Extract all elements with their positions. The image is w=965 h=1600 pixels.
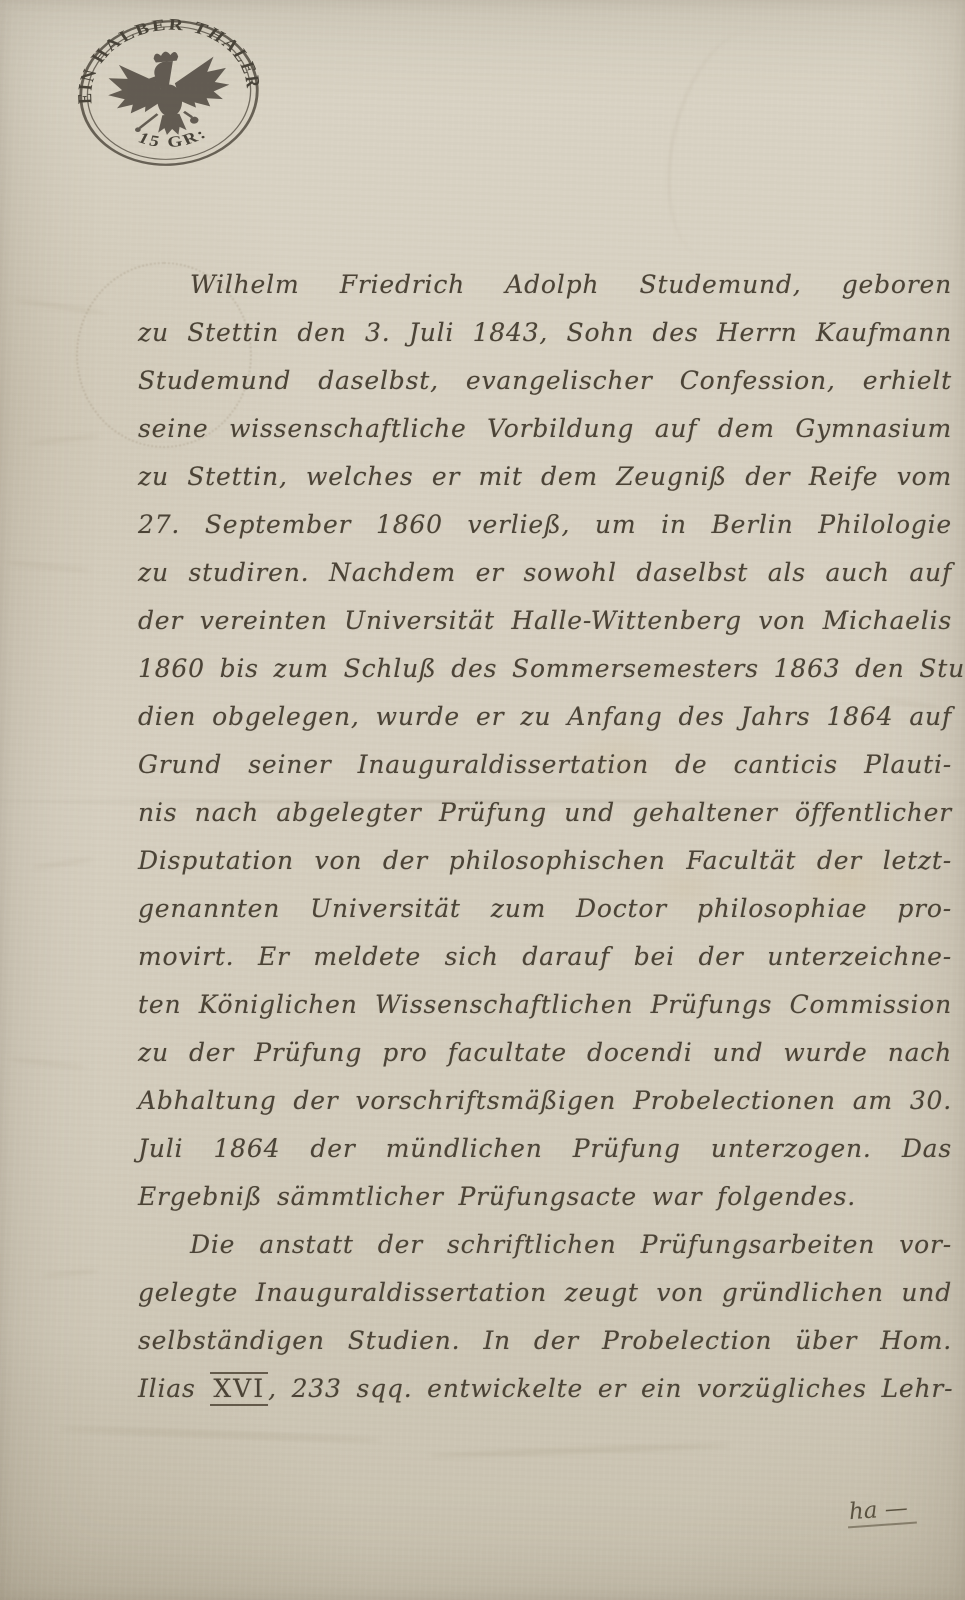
manuscript-line: zu studiren. Nachdem er sowohl daselbst … — [138, 549, 952, 597]
manuscript-line: Studemund daselbst, evangelischer Confes… — [138, 357, 952, 405]
line-text: Ilias — [138, 1374, 210, 1403]
line-text: , 233 sqq. entwickelte er ein vorzüglich… — [268, 1374, 953, 1403]
manuscript-line: ten Königlichen Wissenschaftlichen Prüfu… — [138, 981, 952, 1029]
manuscript-line: Wilhelm Friedrich Adolph Studemund, gebo… — [138, 261, 952, 309]
manuscript-line: 1860 bis zum Schluß des Sommersemesters … — [138, 645, 952, 693]
revenue-stamp: EIN HALBER THALER 15 GR: — [68, 8, 271, 178]
manuscript-line: Die anstatt der schriftlichen Prüfungsar… — [138, 1221, 952, 1269]
manuscript-line: Juli 1864 der mündlichen Prüfung unterzo… — [138, 1125, 952, 1173]
manuscript-line: seine wissenschaftliche Vorbildung auf d… — [138, 405, 952, 453]
manuscript-text: Wilhelm Friedrich Adolph Studemund, gebo… — [138, 261, 952, 1413]
manuscript-line: zu Stettin, welches er mit dem Zeugniß d… — [138, 453, 952, 501]
catchword-mark: ha — — [846, 1495, 917, 1529]
manuscript-line: selbständigen Studien. In der Probelecti… — [138, 1317, 952, 1365]
manuscript-line: der vereinten Universität Halle-Wittenbe… — [138, 597, 952, 645]
manuscript-line: gelegte Inauguraldissertation zeugt von … — [138, 1269, 952, 1317]
manuscript-line: Abhaltung der vorschriftsmäßigen Probele… — [138, 1077, 952, 1125]
prussian-eagle-icon — [105, 46, 233, 140]
roman-numeral-underlined: XVI — [210, 1372, 268, 1406]
manuscript-line: genannten Universität zum Doctor philoso… — [138, 885, 952, 933]
manuscript-line: zu Stettin den 3. Juli 1843, Sohn des He… — [138, 309, 952, 357]
manuscript-line: dien obgelegen, wurde er zu Anfang des J… — [138, 693, 952, 741]
manuscript-line: Ilias XVI, 233 sqq. entwickelte er ein v… — [138, 1365, 952, 1413]
manuscript-line: movirt. Er meldete sich darauf bei der u… — [138, 933, 952, 981]
revenue-stamp-seal: EIN HALBER THALER 15 GR: — [68, 8, 271, 178]
manuscript-line: Ergebniß sämmtlicher Prüfungsacte war fo… — [138, 1173, 952, 1221]
manuscript-line: Disputation von der philosophischen Facu… — [138, 837, 952, 885]
manuscript-line: 27. September 1860 verließ, um in Berlin… — [138, 501, 952, 549]
manuscript-line: nis nach abgelegter Prüfung und gehalten… — [138, 789, 952, 837]
manuscript-line: zu der Prüfung pro facultate docendi und… — [138, 1029, 952, 1077]
manuscript-line: Grund seiner Inauguraldissertation de ca… — [138, 741, 952, 789]
